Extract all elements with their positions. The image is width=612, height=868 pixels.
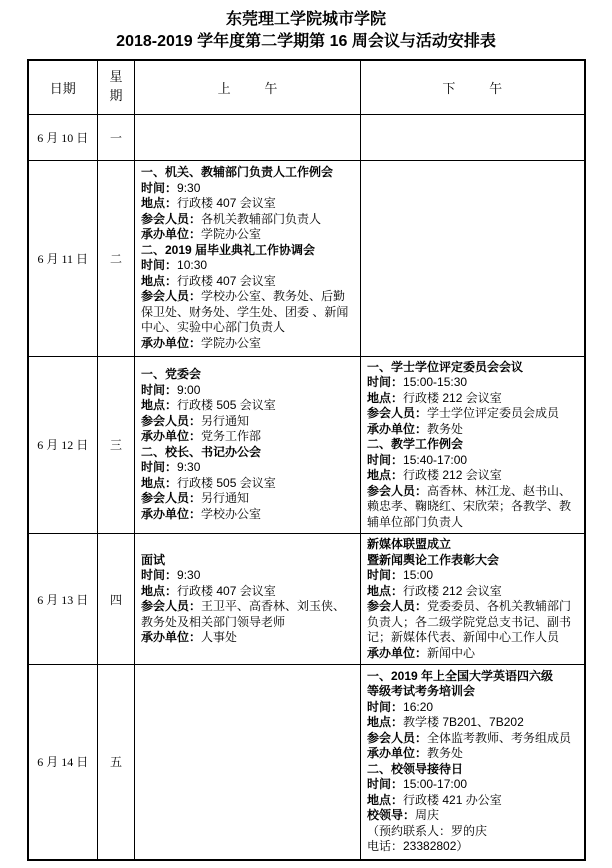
field-label: 参会人员： bbox=[367, 484, 427, 498]
event-title: 二、校领导接待日 bbox=[367, 762, 578, 778]
field-label: 地点： bbox=[367, 468, 403, 482]
field-value: 另行通知 bbox=[201, 491, 249, 505]
event-field: 时间：15:40-17:00 bbox=[367, 453, 578, 469]
table-row: 6 月 14 日五一、2019 年上全国大学英语四六级等级考试考务培训会时间：1… bbox=[28, 665, 585, 860]
event-field: 承办单位：教务处 bbox=[367, 746, 578, 762]
event-field: 承办单位：人事处 bbox=[141, 630, 354, 646]
afternoon-cell: 新媒体联盟成立暨新闻舆论工作表彰大会时间：15:00地点：行政楼 212 会议室… bbox=[361, 534, 585, 665]
field-value: 9:30 bbox=[177, 568, 200, 582]
field-label: 时间： bbox=[367, 700, 403, 714]
field-label: 承办单位： bbox=[141, 227, 201, 241]
morning-cell bbox=[135, 665, 361, 860]
event-field: 参会人员：王卫平、高香林、刘玉侠、教务处及相关部门领导老师 bbox=[141, 599, 354, 630]
field-value: 15:00-17:00 bbox=[403, 777, 467, 791]
header-row: 日期 星期 上午 下午 bbox=[28, 60, 585, 114]
field-label: 地点： bbox=[367, 715, 403, 729]
event-title: 等级考试考务培训会 bbox=[367, 684, 578, 700]
page-subtitle: 2018-2019 学年度第二学期第 16 周会议与活动安排表 bbox=[0, 31, 612, 53]
event-title: 面试 bbox=[141, 553, 354, 569]
field-label: 时间： bbox=[141, 383, 177, 397]
field-value: 15:40-17:00 bbox=[403, 453, 467, 467]
weekday-cell: 三 bbox=[98, 356, 135, 534]
field-label: 参会人员： bbox=[367, 599, 427, 613]
event-field: 参会人员：党委委员、各机关教辅部门负责人；各二级学院党总支书记、副书记；新媒体代… bbox=[367, 599, 578, 646]
field-label: 承办单位： bbox=[141, 507, 201, 521]
field-value: 党务工作部 bbox=[201, 429, 261, 443]
field-value: 15:00 bbox=[403, 568, 433, 582]
header-date-label: 日期 bbox=[50, 81, 76, 96]
event-field: 参会人员：另行通知 bbox=[141, 414, 354, 430]
event-field: 时间：15:00 bbox=[367, 568, 578, 584]
field-label: 时间： bbox=[367, 777, 403, 791]
date-cell: 6 月 13 日 bbox=[28, 534, 98, 665]
event-field: 时间：9:30 bbox=[141, 568, 354, 584]
header-date: 日期 bbox=[28, 60, 98, 114]
event-field: 参会人员：另行通知 bbox=[141, 491, 354, 507]
field-value: 行政楼 407 会议室 bbox=[177, 196, 276, 210]
event-title: 一、机关、教辅部门负责人工作例会 bbox=[141, 165, 354, 181]
field-value: 另行通知 bbox=[201, 414, 249, 428]
event-field: 时间：9:30 bbox=[141, 181, 354, 197]
header-afternoon-label: 下午 bbox=[442, 81, 536, 96]
field-label: 地点： bbox=[141, 476, 177, 490]
field-label: 地点： bbox=[141, 196, 177, 210]
field-label: 参会人员： bbox=[367, 406, 427, 420]
page-title: 东莞理工学院城市学院 bbox=[0, 9, 612, 31]
event-field: 承办单位：教务处 bbox=[367, 422, 578, 438]
field-value: 学院办公室 bbox=[201, 227, 261, 241]
schedule-body: 6 月 10 日一6 月 11 日二一、机关、教辅部门负责人工作例会时间：9:3… bbox=[28, 114, 585, 860]
event-field: 时间：15:00-17:00 bbox=[367, 777, 578, 793]
date-cell: 6 月 14 日 bbox=[28, 665, 98, 860]
event-note: 电话：23382802） bbox=[367, 839, 578, 855]
field-label: 时间： bbox=[141, 181, 177, 195]
header-weekday-label: 星期 bbox=[109, 68, 124, 106]
field-label: 时间： bbox=[367, 568, 403, 582]
event-title: 一、学士学位评定委员会会议 bbox=[367, 360, 578, 376]
field-value: 学院办公室 bbox=[201, 336, 261, 350]
field-label: 参会人员： bbox=[141, 212, 201, 226]
date-cell: 6 月 11 日 bbox=[28, 160, 98, 356]
field-label: 承办单位： bbox=[367, 422, 427, 436]
field-value: 9:00 bbox=[177, 383, 200, 397]
event-field: 承办单位：新闻中心 bbox=[367, 646, 578, 662]
field-label: 参会人员： bbox=[141, 491, 201, 505]
field-label: 地点： bbox=[141, 584, 177, 598]
afternoon-cell: 一、学士学位评定委员会会议时间：15:00-15:30地点：行政楼 212 会议… bbox=[361, 356, 585, 534]
field-label: 时间： bbox=[141, 460, 177, 474]
event-field: 地点：行政楼 421 办公室 bbox=[367, 793, 578, 809]
event-field: 时间：9:30 bbox=[141, 460, 354, 476]
field-value: 行政楼 407 会议室 bbox=[177, 584, 276, 598]
field-label: 承办单位： bbox=[141, 336, 201, 350]
field-label: 参会人员： bbox=[367, 731, 427, 745]
event-title: 二、校长、书记办公会 bbox=[141, 445, 354, 461]
weekday-cell: 四 bbox=[98, 534, 135, 665]
event-note: （预约联系人：罗的庆 bbox=[367, 824, 578, 840]
field-label: 地点： bbox=[367, 391, 403, 405]
field-value: 行政楼 505 会议室 bbox=[177, 476, 276, 490]
event-field: 地点：行政楼 212 会议室 bbox=[367, 391, 578, 407]
morning-cell: 面试时间：9:30地点：行政楼 407 会议室参会人员：王卫平、高香林、刘玉侠、… bbox=[135, 534, 361, 665]
field-label: 时间： bbox=[367, 375, 403, 389]
event-field: 参会人员：学士学位评定委员会成员 bbox=[367, 406, 578, 422]
morning-cell bbox=[135, 114, 361, 160]
event-title: 一、2019 年上全国大学英语四六级 bbox=[367, 669, 578, 685]
field-value: 15:00-15:30 bbox=[403, 375, 467, 389]
weekday-cell: 二 bbox=[98, 160, 135, 356]
morning-cell: 一、机关、教辅部门负责人工作例会时间：9:30地点：行政楼 407 会议室参会人… bbox=[135, 160, 361, 356]
event-field: 参会人员：各机关教辅部门负责人 bbox=[141, 212, 354, 228]
field-label: 承办单位： bbox=[367, 646, 427, 660]
field-value: 行政楼 212 会议室 bbox=[403, 468, 502, 482]
event-title: 二、教学工作例会 bbox=[367, 437, 578, 453]
afternoon-cell: 一、2019 年上全国大学英语四六级等级考试考务培训会时间：16:20地点：教学… bbox=[361, 665, 585, 860]
event-field: 参会人员：全体监考教师、考务组成员 bbox=[367, 731, 578, 747]
event-field: 承办单位：党务工作部 bbox=[141, 429, 354, 445]
field-label: 参会人员： bbox=[141, 414, 201, 428]
field-label: 参会人员： bbox=[141, 289, 201, 303]
table-row: 6 月 10 日一 bbox=[28, 114, 585, 160]
field-label: 时间： bbox=[141, 568, 177, 582]
event-field: 地点：行政楼 407 会议室 bbox=[141, 584, 354, 600]
afternoon-cell bbox=[361, 114, 585, 160]
event-field: 参会人员：高香林、林江龙、赵书山、赖忠孝、鞠晓红、宋欣荣；各教学、教辅单位部门负… bbox=[367, 484, 578, 531]
field-label: 时间： bbox=[367, 453, 403, 467]
field-label: 校领导： bbox=[367, 808, 415, 822]
field-label: 地点： bbox=[141, 398, 177, 412]
field-value: 行政楼 212 会议室 bbox=[403, 391, 502, 405]
field-value: 行政楼 505 会议室 bbox=[177, 398, 276, 412]
event-title: 新媒体联盟成立 bbox=[367, 537, 578, 553]
event-title: 二、2019 届毕业典礼工作协调会 bbox=[141, 243, 354, 259]
header-afternoon: 下午 bbox=[361, 60, 585, 114]
event-field: 地点：行政楼 212 会议室 bbox=[367, 468, 578, 484]
event-field: 地点：行政楼 407 会议室 bbox=[141, 274, 354, 290]
schedule-page: 东莞理工学院城市学院 2018-2019 学年度第二学期第 16 周会议与活动安… bbox=[0, 0, 612, 868]
field-value: 行政楼 407 会议室 bbox=[177, 274, 276, 288]
schedule-table: 日期 星期 上午 下午 6 月 10 日一6 月 11 日二一、机关、教辅部门负… bbox=[27, 59, 586, 861]
event-field: 时间：15:00-15:30 bbox=[367, 375, 578, 391]
event-field: 地点：行政楼 505 会议室 bbox=[141, 476, 354, 492]
event-field: 时间：16:20 bbox=[367, 700, 578, 716]
field-value: 学校办公室 bbox=[201, 507, 261, 521]
field-value: 教务处 bbox=[427, 422, 463, 436]
event-field: 地点：行政楼 505 会议室 bbox=[141, 398, 354, 414]
field-value: 全体监考教师、考务组成员 bbox=[427, 731, 571, 745]
field-value: 行政楼 212 会议室 bbox=[403, 584, 502, 598]
field-label: 地点： bbox=[367, 584, 403, 598]
event-field: 校领导：周庆 bbox=[367, 808, 578, 824]
event-field: 地点：教学楼 7B201、7B202 bbox=[367, 715, 578, 731]
field-label: 地点： bbox=[141, 274, 177, 288]
event-title: 暨新闻舆论工作表彰大会 bbox=[367, 553, 578, 569]
field-label: 承办单位： bbox=[141, 429, 201, 443]
field-value: 16:20 bbox=[403, 700, 433, 714]
morning-cell: 一、党委会时间：9:00地点：行政楼 505 会议室参会人员：另行通知承办单位：… bbox=[135, 356, 361, 534]
event-field: 承办单位：学院办公室 bbox=[141, 336, 354, 352]
header-morning: 上午 bbox=[135, 60, 361, 114]
date-cell: 6 月 10 日 bbox=[28, 114, 98, 160]
field-label: 参会人员： bbox=[141, 599, 201, 613]
event-title: 一、党委会 bbox=[141, 367, 354, 383]
field-label: 承办单位： bbox=[367, 746, 427, 760]
field-value: 学士学位评定委员会成员 bbox=[427, 406, 559, 420]
field-value: 周庆 bbox=[415, 808, 439, 822]
field-value: 9:30 bbox=[177, 181, 200, 195]
field-value: 新闻中心 bbox=[427, 646, 475, 660]
field-value: 10:30 bbox=[177, 258, 207, 272]
event-field: 承办单位：学校办公室 bbox=[141, 507, 354, 523]
afternoon-cell bbox=[361, 160, 585, 356]
weekday-cell: 一 bbox=[98, 114, 135, 160]
field-value: 人事处 bbox=[201, 630, 237, 644]
event-field: 时间：9:00 bbox=[141, 383, 354, 399]
event-field: 承办单位：学院办公室 bbox=[141, 227, 354, 243]
header-weekday: 星期 bbox=[98, 60, 135, 114]
header-morning-label: 上午 bbox=[218, 81, 312, 96]
field-value: 教务处 bbox=[427, 746, 463, 760]
event-field: 地点：行政楼 407 会议室 bbox=[141, 196, 354, 212]
table-row: 6 月 13 日四面试时间：9:30地点：行政楼 407 会议室参会人员：王卫平… bbox=[28, 534, 585, 665]
field-label: 时间： bbox=[141, 258, 177, 272]
field-value: 教学楼 7B201、7B202 bbox=[403, 715, 524, 729]
field-value: 9:30 bbox=[177, 460, 200, 474]
table-row: 6 月 12 日三一、党委会时间：9:00地点：行政楼 505 会议室参会人员：… bbox=[28, 356, 585, 534]
field-value: 行政楼 421 办公室 bbox=[403, 793, 502, 807]
event-field: 时间：10:30 bbox=[141, 258, 354, 274]
event-field: 参会人员：学校办公室、教务处、后勤保卫处、财务处、学生处、团委 、新闻中心、实验… bbox=[141, 289, 354, 336]
date-cell: 6 月 12 日 bbox=[28, 356, 98, 534]
field-label: 地点： bbox=[367, 793, 403, 807]
field-value: 各机关教辅部门负责人 bbox=[201, 212, 321, 226]
table-row: 6 月 11 日二一、机关、教辅部门负责人工作例会时间：9:30地点：行政楼 4… bbox=[28, 160, 585, 356]
field-label: 承办单位： bbox=[141, 630, 201, 644]
event-field: 地点：行政楼 212 会议室 bbox=[367, 584, 578, 600]
weekday-cell: 五 bbox=[98, 665, 135, 860]
